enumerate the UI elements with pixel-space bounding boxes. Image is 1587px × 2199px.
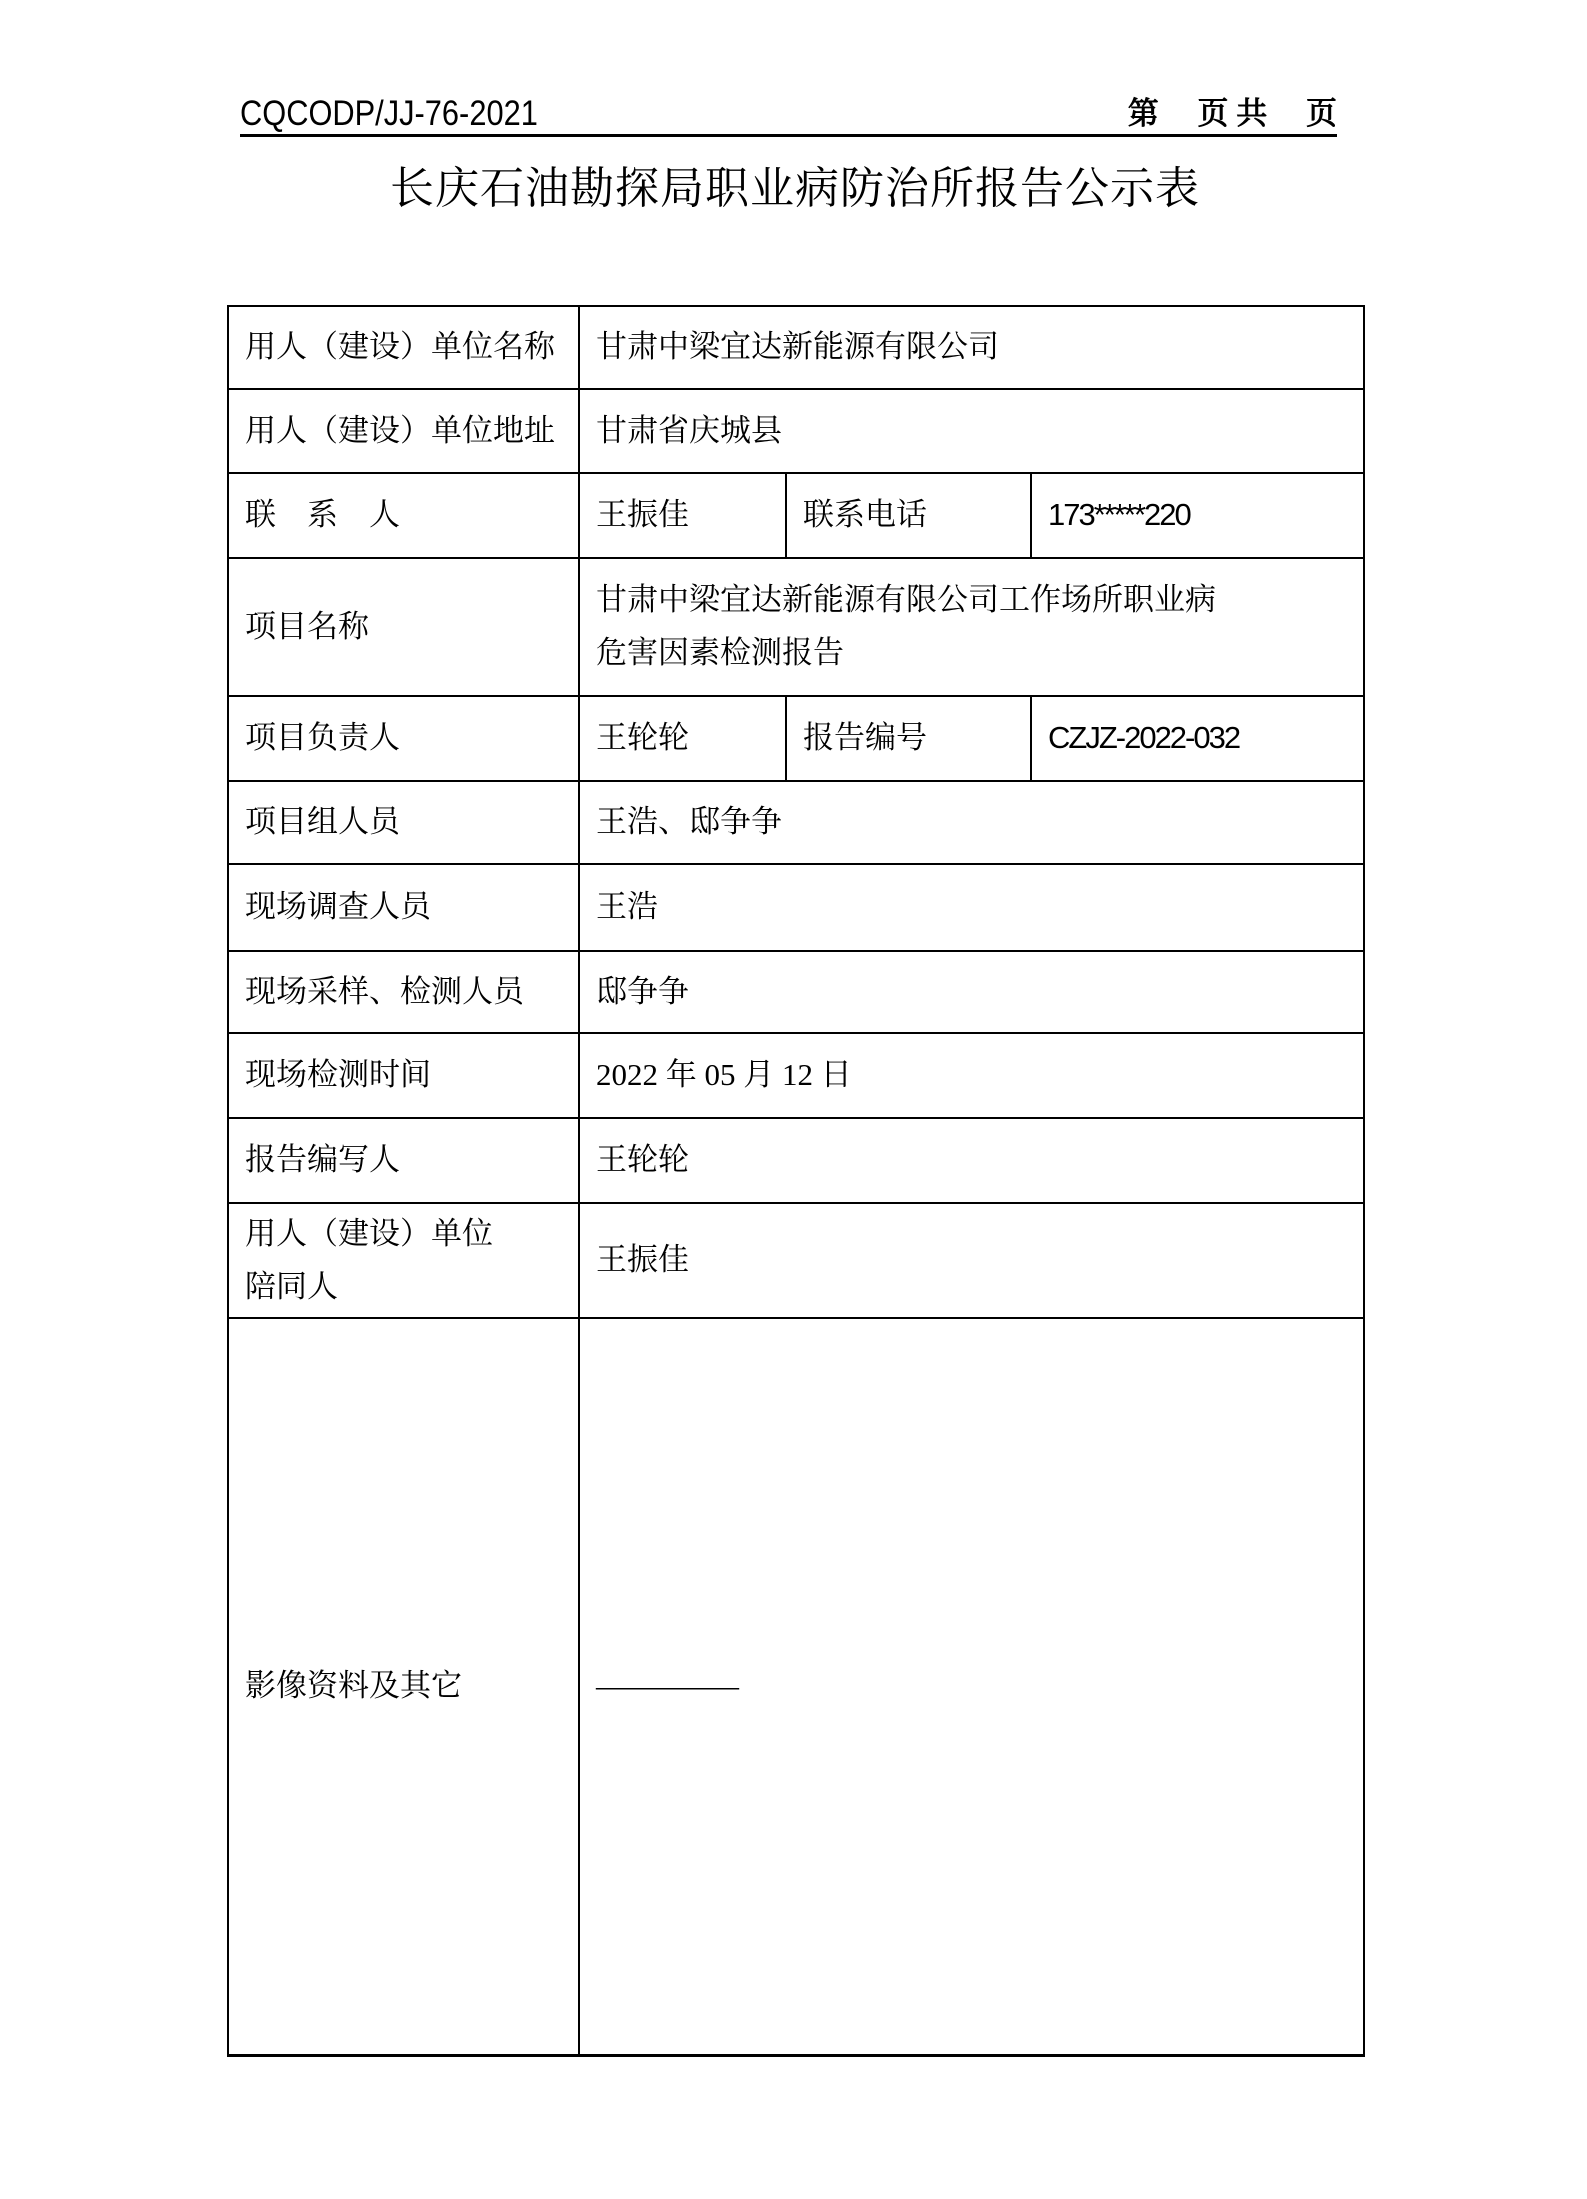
- row-value: 王振佳: [579, 473, 786, 558]
- row-value-secondary: CZJZ-2022-032: [1031, 696, 1364, 781]
- row-value: 甘肃中梁宜达新能源有限公司工作场所职业病 危害因素检测报告: [579, 558, 1364, 696]
- page-indicator: 第 页 共 页: [1128, 98, 1337, 134]
- row-label: 用人（建设）单位名称: [228, 306, 579, 389]
- row-value-secondary: 173*****220: [1031, 473, 1364, 558]
- table-row-project-team: 项目组人员 王浩、邸争争: [228, 781, 1364, 864]
- row-label: 现场采样、检测人员: [228, 951, 579, 1033]
- row-label: 影像资料及其它: [228, 1318, 579, 2055]
- row-label: 现场检测时间: [228, 1033, 579, 1118]
- table-row-unit-address: 用人（建设）单位地址 甘肃省庆城县: [228, 389, 1364, 473]
- table-row-imagery-material: 影像资料及其它 —————: [228, 1318, 1364, 2055]
- row-label-secondary: 联系电话: [786, 473, 1031, 558]
- table-row-detection-date: 现场检测时间 2022 年 05 月 12 日: [228, 1033, 1364, 1118]
- table-row-site-survey: 现场调查人员 王浩: [228, 864, 1364, 951]
- table-row-sampling: 现场采样、检测人员 邸争争: [228, 951, 1364, 1033]
- row-value: 邸争争: [579, 951, 1364, 1033]
- document-title: 长庆石油勘探局职业病防治所报告公示表: [227, 152, 1363, 216]
- doc-code: CQCODP/JJ-76-2021: [240, 96, 538, 134]
- row-label: 用人（建设）单位 陪同人: [228, 1203, 579, 1318]
- row-value: 王浩: [579, 864, 1364, 951]
- row-value: 2022 年 05 月 12 日: [579, 1033, 1364, 1118]
- table-row-report-writer: 报告编写人 王轮轮: [228, 1118, 1364, 1203]
- row-label-secondary: 报告编号: [786, 696, 1031, 781]
- row-value: 王浩、邸争争: [579, 781, 1364, 864]
- document-header: CQCODP/JJ-76-2021 第 页 共 页: [240, 90, 1337, 137]
- table-row-project-name: 项目名称 甘肃中梁宜达新能源有限公司工作场所职业病 危害因素检测报告: [228, 558, 1364, 696]
- row-label: 现场调查人员: [228, 864, 579, 951]
- report-table: 用人（建设）单位名称 甘肃中梁宜达新能源有限公司 用人（建设）单位地址 甘肃省庆…: [227, 305, 1365, 2057]
- row-value: 甘肃中梁宜达新能源有限公司: [579, 306, 1364, 389]
- row-label: 项目名称: [228, 558, 579, 696]
- table-row-accompanying-person: 用人（建设）单位 陪同人 王振佳: [228, 1203, 1364, 1318]
- row-label: 项目组人员: [228, 781, 579, 864]
- row-value: 王轮轮: [579, 1118, 1364, 1203]
- table-row-project-leader: 项目负责人 王轮轮 报告编号 CZJZ-2022-032: [228, 696, 1364, 781]
- table-row-contact: 联 系 人 王振佳 联系电话 173*****220: [228, 473, 1364, 558]
- row-value: 王轮轮: [579, 696, 786, 781]
- row-label: 报告编写人: [228, 1118, 579, 1203]
- row-value: —————: [579, 1318, 1364, 2055]
- row-label: 用人（建设）单位地址: [228, 389, 579, 473]
- table-row-unit-name: 用人（建设）单位名称 甘肃中梁宜达新能源有限公司: [228, 306, 1364, 389]
- row-label: 联 系 人: [228, 473, 579, 558]
- row-label: 项目负责人: [228, 696, 579, 781]
- document-page: CQCODP/JJ-76-2021 第 页 共 页 长庆石油勘探局职业病防治所报…: [0, 0, 1587, 2199]
- row-value: 王振佳: [579, 1203, 1364, 1318]
- row-value: 甘肃省庆城县: [579, 389, 1364, 473]
